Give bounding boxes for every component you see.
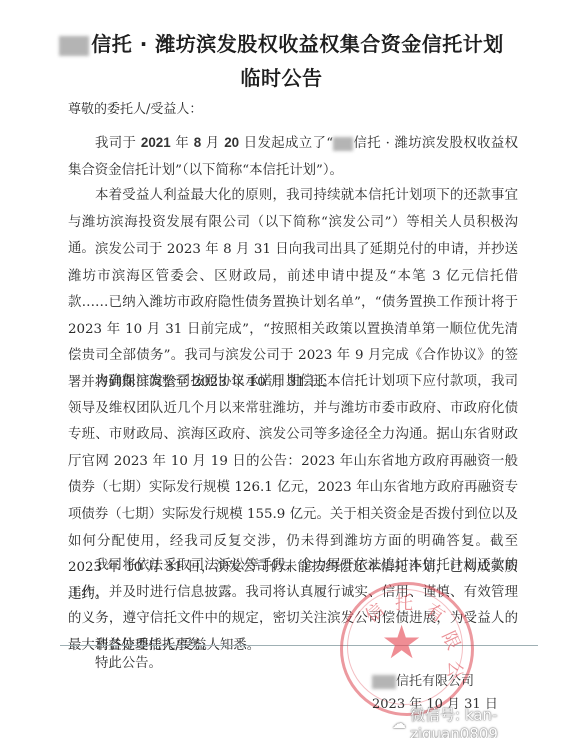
text: 年 bbox=[171, 136, 194, 151]
signature-company: 信托有限公司 bbox=[372, 670, 474, 689]
day: 20 bbox=[224, 135, 239, 150]
star-icon: ★ bbox=[381, 619, 422, 665]
text: 月 bbox=[201, 136, 224, 151]
redacted-name bbox=[372, 675, 396, 689]
wechat-icon: ☁ bbox=[392, 716, 406, 732]
salutation: 尊敬的委托人/受益人： bbox=[68, 98, 202, 117]
paragraph-establishment: 我司于 2021 年 8 月 20 日发起成立了“信托 · 潍坊滨发股权收益权集… bbox=[68, 130, 518, 184]
watermark-text: 微信号: kan-ziguan0809 bbox=[410, 704, 563, 738]
redacted-name bbox=[333, 137, 353, 151]
document-title: 信托 · 潍坊滨发股权收益权集合资金信托计划 bbox=[0, 28, 563, 57]
title-text: 信托 · 潍坊滨发股权收益权集合资金信托计划 bbox=[91, 32, 504, 56]
document-subtitle: 临时公告 bbox=[0, 62, 563, 91]
text: 我司于 bbox=[95, 136, 141, 151]
seal-char: 托 bbox=[395, 589, 413, 615]
redacted-name bbox=[59, 36, 89, 56]
text: 日发起成立了“ bbox=[239, 136, 333, 151]
announcement-document: 信托 · 潍坊滨发股权收益权集合资金信托计划 临时公告 尊敬的委托人/受益人： … bbox=[0, 0, 563, 738]
year: 2021 bbox=[141, 135, 171, 150]
company-text: 信托有限公司 bbox=[396, 674, 474, 689]
wechat-watermark: ☁ 微信号: kan-ziguan0809 bbox=[392, 704, 563, 738]
